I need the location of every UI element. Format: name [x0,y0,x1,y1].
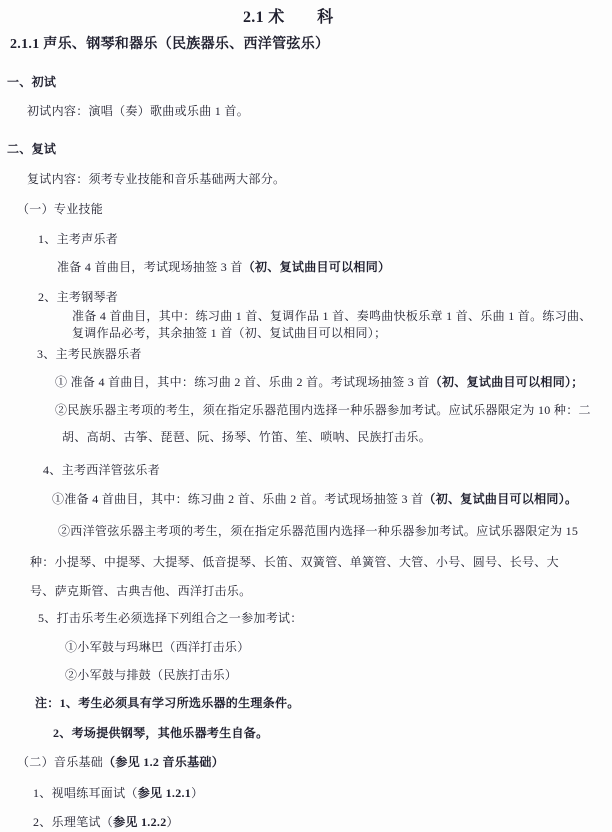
item-1-vocal: 1、主考声乐者 [38,232,118,246]
heading-second-exam: 二、复试 [7,142,56,156]
item-3-detail-2-line2: 胡、高胡、古筝、琵琶、阮、扬琴、竹笛、笙、唢呐、民族打击乐。 [62,430,431,444]
note-2: 2、考场提供钢琴，其他乐器考生自备。 [53,726,268,740]
fundamentals-item-2: 2、乐理笔试（参见 1.2.2） [33,815,179,829]
text: 种：小提琴、中提琴、大提琴、低音提琴、长笛、双簧管、单簧管、大管、小号、圆号、长… [30,555,559,569]
note-1: 注：1、考生必须具有学习所选乐器的生理条件。 [35,696,300,710]
item-2-piano: 2、主考钢琴者 [38,290,118,304]
bold-text: 参见 1.2.1 [138,786,191,800]
text: （一）专业技能 [17,202,103,216]
document-page: 2.1 术 科2.1.1 声乐、钢琴和器乐（民族器乐、西洋管弦乐）一、初试初试内… [0,0,612,832]
item-4-detail-2-line3: 号、萨克斯管、古典吉他、西洋打击乐。 [30,584,251,598]
item-3-detail-1: ① 准备 4 首曲目，其中：练习曲 2 首、乐曲 2 首。考试现场抽签 3 首（… [55,375,584,389]
item-5-percussion: 5、打击乐考生必须选择下列组合之一参加考试： [38,611,303,625]
text: ①小军鼓与玛琳巴（西洋打击乐） [65,640,250,654]
text: 2、考场提供钢琴，其他乐器考生自备。 [53,726,268,740]
text: 4、主考西洋管弦乐者 [43,463,160,477]
text: ②小军鼓与排鼓（民族打击乐） [65,668,237,682]
bold-text: （参见 1.2 音乐基础） [103,755,224,769]
text: 2.1.1 声乐、钢琴和器乐（民族器乐、西洋管弦乐） [10,37,329,52]
first-exam-content: 初试内容：演唱（奏）歌曲或乐曲 1 首。 [27,104,249,118]
item-1-detail: 准备 4 首曲目，考试现场抽签 3 首（初、复试曲目可以相同） [57,260,390,274]
item-4-detail-2-line2: 种：小提琴、中提琴、大提琴、低音提琴、长笛、双簧管、单簧管、大管、小号、圆号、长… [30,555,559,569]
text: 2、主考钢琴者 [38,290,118,304]
heading-2-1-1: 2.1.1 声乐、钢琴和器乐（民族器乐、西洋管弦乐） [10,36,329,53]
item-3-folk-instruments: 3、主考民族器乐者 [37,347,142,361]
text: 二、复试 [7,142,56,156]
doc-title: 2.1 术 科 [243,8,333,27]
text: 胡、高胡、古筝、琵琶、阮、扬琴、竹笛、笙、唢呐、民族打击乐。 [62,430,431,444]
item-4-detail-2-line1: ②西洋管弦乐器主考项的考生，须在指定乐器范围内选择一种乐器参加考试。应试乐器限定… [58,524,578,538]
item-2-detail-line1: 准备 4 首曲目，其中：练习曲 1 首、复调作品 1 首、奏鸣曲快板乐章 1 首… [72,309,592,323]
bold-text: （初、复试曲目可以相同）； [430,375,584,389]
fundamentals-item-1: 1、视唱练耳面试（参见 1.2.1） [33,786,203,800]
text: 一、初试 [7,75,56,89]
text: ① 准备 4 首曲目，其中：练习曲 2 首、乐曲 2 首。考试现场抽签 3 首 [55,375,430,389]
text: ②民族乐器主考项的考生，须在指定乐器范围内选择一种乐器参加考试。应试乐器限定为 … [55,403,591,417]
text: 准备 4 首曲目，其中：练习曲 1 首、复调作品 1 首、奏鸣曲快板乐章 1 首… [72,309,592,323]
text: 号、萨克斯管、古典吉他、西洋打击乐。 [30,584,251,598]
bold-text: （初、复试曲目可以相同）。 [423,492,577,506]
item-5-option-2: ②小军鼓与排鼓（民族打击乐） [65,668,237,682]
text: ） [191,786,203,800]
item-2-detail-line2: 复调作品必考，其余抽签 1 首（初、复试曲目可以相同）； [72,326,386,340]
item-4-detail-1: ①准备 4 首曲目，其中：练习曲 2 首、乐曲 2 首。考试现场抽签 3 首（初… [52,492,577,506]
subheading-professional-skills: （一）专业技能 [17,202,103,216]
subheading-music-fundamentals: （二）音乐基础（参见 1.2 音乐基础） [17,755,224,769]
text: 准备 4 首曲目，考试现场抽签 3 首 [57,260,243,274]
text: 3、主考民族器乐者 [37,347,142,361]
item-3-detail-2-line1: ②民族乐器主考项的考生，须在指定乐器范围内选择一种乐器参加考试。应试乐器限定为 … [55,403,591,417]
text: 初试内容：演唱（奏）歌曲或乐曲 1 首。 [27,104,249,118]
second-exam-content: 复试内容：须考专业技能和音乐基础两大部分。 [27,172,285,186]
text: （二）音乐基础 [17,755,103,769]
heading-first-exam: 一、初试 [7,75,56,89]
bold-text: （初、复试曲目可以相同） [243,260,391,274]
text: 2.1 术 科 [243,9,333,26]
text: 注：1、考生必须具有学习所选乐器的生理条件。 [35,696,300,710]
item-5-option-1: ①小军鼓与玛琳巴（西洋打击乐） [65,640,250,654]
text: ②西洋管弦乐器主考项的考生，须在指定乐器范围内选择一种乐器参加考试。应试乐器限定… [58,524,578,538]
text: 复试内容：须考专业技能和音乐基础两大部分。 [27,172,285,186]
text: 1、主考声乐者 [38,232,118,246]
text: 复调作品必考，其余抽签 1 首（初、复试曲目可以相同）； [72,326,386,340]
text: 5、打击乐考生必须选择下列组合之一参加考试： [38,611,303,625]
item-4-western-orchestral: 4、主考西洋管弦乐者 [43,463,160,477]
text: ①准备 4 首曲目，其中：练习曲 2 首、乐曲 2 首。考试现场抽签 3 首 [52,492,423,506]
text: 1、视唱练耳面试（ [33,786,138,800]
bold-text: 参见 1.2.2 [113,815,166,829]
text: ） [167,815,179,829]
text: 2、乐理笔试（ [33,815,113,829]
